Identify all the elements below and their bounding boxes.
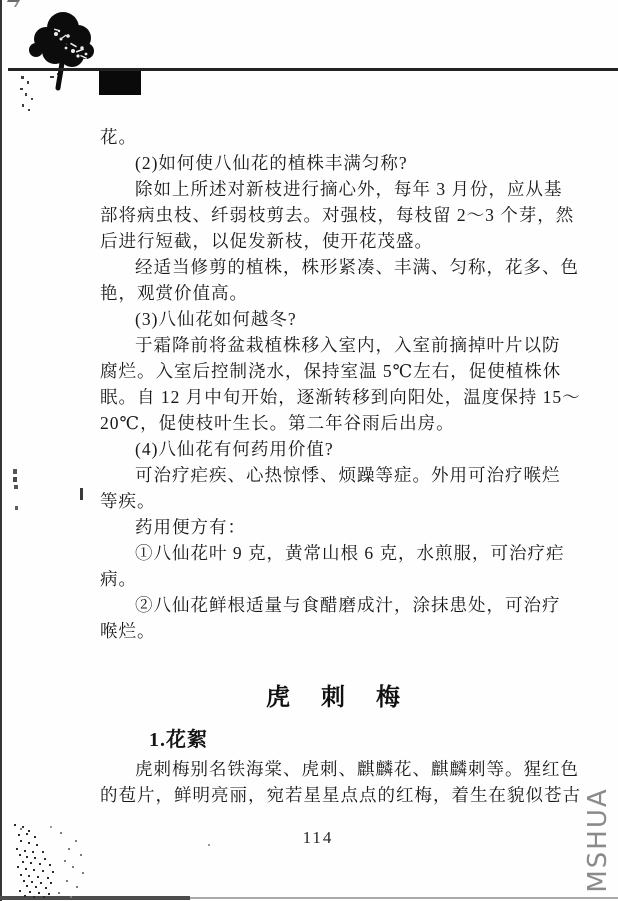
text-line: 20℃，促使枝叶生长。第二年谷雨后出房。	[100, 410, 566, 436]
text-line: (3)八仙花如何越冬?	[100, 306, 566, 332]
text-line: 于霜降前将盆栽植株移入室内，入室前摘掉叶片以防	[100, 332, 566, 358]
section-heading: 虎刺梅	[100, 682, 566, 714]
scan-speck	[20, 88, 23, 90]
text-line: 喉烂。	[100, 618, 566, 644]
flower-logo-icon	[26, 6, 102, 98]
scan-speck	[14, 485, 18, 489]
text-line: 腐烂。入室后控制浇水，保持室温 5℃左右，促使植株休	[100, 358, 566, 384]
scan-edge-left	[0, 0, 2, 901]
text-line: 花。	[100, 124, 566, 150]
text-line: 经适当修剪的植株，株形紧凑、丰满、匀称，花多、色	[100, 254, 566, 280]
text-line: 的苞片，鲜明亮丽，宛若星星点点的红梅，着生在貌似苍古	[100, 782, 566, 808]
scan-corner-mark	[4, 0, 20, 7]
body-text: 花。(2)如何使八仙花的植株丰满匀称?除如上所述对新枝进行摘心外，每年 3 月份…	[100, 124, 566, 644]
page-number: 114	[286, 827, 350, 849]
text-line: 可治疗疟疾、心热惊悸、烦躁等症。外用可治疗喉烂	[100, 462, 566, 488]
scan-speck	[31, 98, 33, 100]
scan-speck	[15, 506, 18, 510]
subsection-heading: 1.花絮	[149, 726, 208, 754]
section-paragraph: 虎刺梅别名铁海棠、虎刺、麒麟花、麒麟刺等。猩红色的苞片，鲜明亮丽，宛若星星点点的…	[100, 756, 566, 808]
text-line: 后进行短截，以促发新枝，使开花茂盛。	[100, 228, 566, 254]
text-line: (4)八仙花有何药用价值?	[100, 436, 566, 462]
text-line: 眠。自 12 月中旬开始，逐渐转移到向阳处，温度保持 15～	[100, 384, 566, 410]
scan-speck	[13, 469, 17, 474]
header-black-square	[99, 71, 141, 95]
scan-speck	[28, 109, 30, 111]
scan-noise-cluster	[14, 824, 16, 826]
text-line: 病。	[100, 566, 566, 592]
scanned-book-page: 花。(2)如何使八仙花的植株丰满匀称?除如上所述对新枝进行摘心外，每年 3 月份…	[0, 0, 618, 901]
text-line: 药用便方有：	[100, 514, 566, 540]
scan-speck	[22, 104, 24, 107]
text-line: ②八仙花鲜根适量与食醋磨成汁，涂抹患处，可治疗	[100, 592, 566, 618]
watermark-text: MSHUA	[585, 780, 611, 900]
text-line: 部将病虫枝、纤弱枝剪去。对强枝，每枝留 2～3 个芽，然	[100, 202, 566, 228]
scan-edge-bottom-dark	[0, 896, 190, 900]
scan-speck	[13, 477, 17, 482]
scan-speck	[21, 76, 24, 79]
text-line: 除如上所述对新枝进行摘心外，每年 3 月份，应从基	[100, 176, 566, 202]
text-line: (2)如何使八仙花的植株丰满匀称?	[100, 150, 566, 176]
text-line: 等疾。	[100, 488, 566, 514]
text-line: 虎刺梅别名铁海棠、虎刺、麒麟花、麒麟刺等。猩红色	[100, 756, 566, 782]
text-line: ①八仙花叶 9 克，黄常山根 6 克，水煎服，可治疗疟	[100, 540, 566, 566]
text-line: 艳，观赏价值高。	[100, 280, 566, 306]
scan-noise-cluster	[20, 828, 22, 830]
scan-speck	[80, 488, 83, 500]
